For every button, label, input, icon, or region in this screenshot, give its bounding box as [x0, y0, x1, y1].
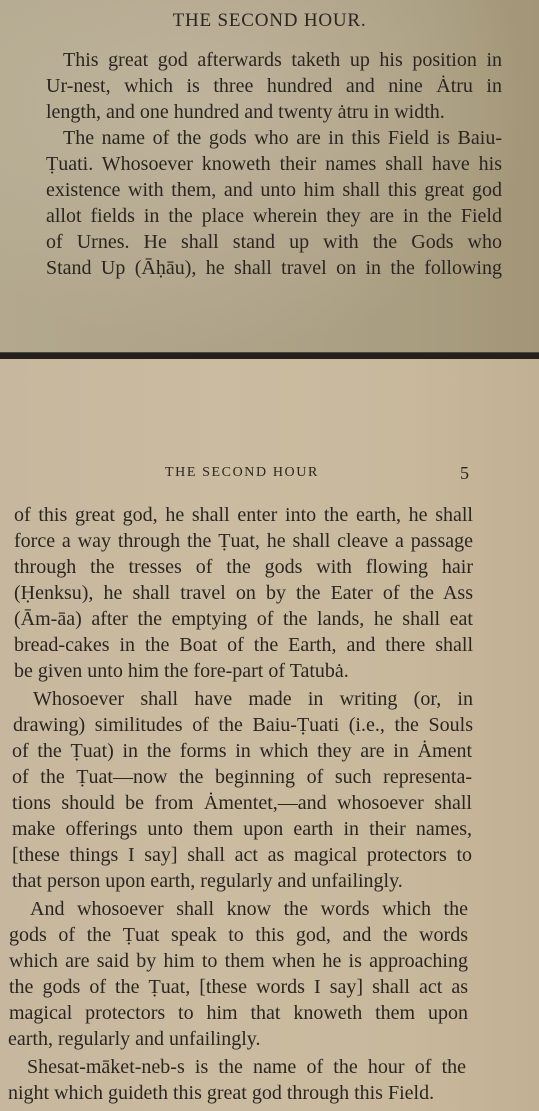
text-line: Ṭuati. Whosoever knoweth their names sha… [46, 152, 502, 176]
text-line: of the Ṭuat—now the beginning of such re… [12, 765, 472, 789]
text-line: which are said by him to them when he is… [9, 949, 468, 973]
text-line: the gods of the Ṭuat, [these words I say… [9, 975, 468, 999]
text-line: of this great god, he shall enter into t… [14, 503, 473, 527]
text-line: The name of the gods who are in this Fie… [63, 126, 502, 150]
text-line: drawing) similitudes of the Baiu-Ṭuati (… [13, 713, 473, 737]
text-line: [these things I say] shall act as magica… [12, 843, 472, 867]
text-line: make offerings unto them upon earth in t… [12, 817, 472, 841]
text-line: of Urnes. He shall stand up with the God… [46, 230, 502, 254]
top-running-head: THE SECOND HOUR. [0, 10, 539, 32]
text-line: (Ām-āa) after the emptying of the lands,… [14, 607, 473, 631]
text-line: Whosoever shall have made in writing (or… [33, 687, 473, 711]
text-line: earth, regularly and unfailingly. [8, 1027, 278, 1051]
text-line: length, and one hundred and twenty ȧtru … [46, 100, 474, 124]
text-line: allot fields in the place wherein they a… [46, 204, 502, 228]
text-line: This great god afterwards taketh up his … [63, 48, 502, 72]
page-number: 5 [460, 463, 469, 484]
text-line: existence with them, and unto him shall … [46, 178, 502, 202]
text-line: that person upon earth, regularly and un… [12, 869, 422, 893]
text-line: force a way through the Ṭuat, he shall c… [14, 529, 473, 553]
text-line: Ur-nest, which is three hundred and nine… [46, 74, 502, 98]
text-line: through the tresses of the gods with flo… [14, 555, 473, 579]
text-line: gods of the Ṭuat speak to this god, and … [9, 923, 468, 947]
text-line: bread-cakes in the Boat of the Earth, an… [14, 633, 473, 657]
text-line: And whosoever shall know the words which… [30, 897, 468, 921]
text-line: Shesat-māket-neb-s is the name of the ho… [27, 1055, 466, 1079]
bottom-running-head: THE SECOND HOUR [165, 465, 319, 481]
text-line: night which guideth this great god throu… [8, 1081, 456, 1105]
text-line: (Ḥenksu), he shall travel on by the Eate… [14, 581, 473, 605]
text-line: tions should be from Ȧmentet,—and whosoe… [12, 791, 472, 815]
text-line: magical protectors to him that knoweth t… [9, 1001, 468, 1025]
text-line: be given unto him the fore-part of Tatub… [14, 659, 374, 683]
text-line: of the Ṭuat) in the forms in which they … [12, 739, 472, 763]
text-line: Stand Up (Āḥāu), he shall travel on in t… [46, 256, 502, 280]
